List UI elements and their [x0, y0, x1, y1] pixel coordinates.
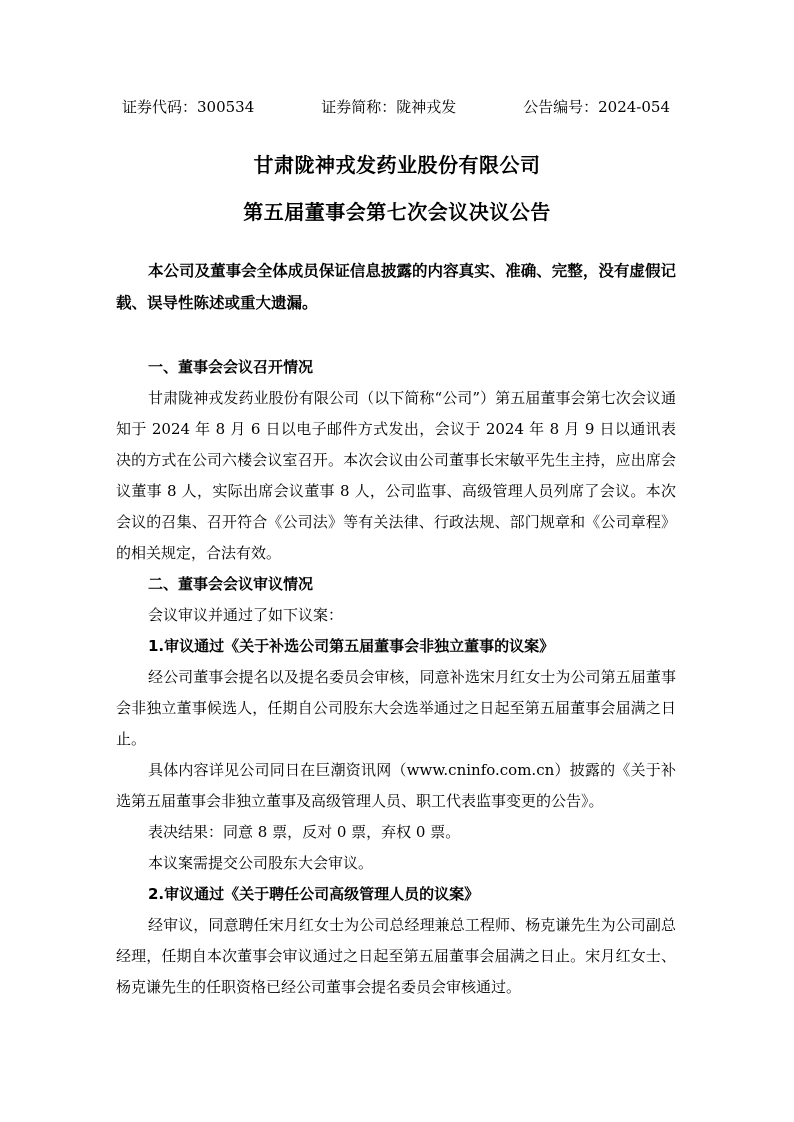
- motion-paragraph: 经审议，同意聘任宋月红女士为公司总经理兼总工程师、杨克谦先生为公司副总经理，任期…: [116, 910, 676, 1003]
- motion-paragraph: 经公司董事会提名以及提名委员会审核，同意补选宋月红女士为公司第五届董事会非独立董…: [116, 662, 676, 755]
- motion-paragraph: 具体内容详见公司同日在巨潮资讯网（www.cninfo.com.cn）披露的《关…: [116, 755, 676, 817]
- announcement-subject-title: 第五届董事会第七次会议决议公告: [0, 198, 794, 226]
- stock-abbreviation: 证券简称：陇神戎发: [321, 96, 456, 118]
- motion-title: 2.审议通过《关于聘任公司高级管理人员的议案》: [116, 879, 676, 910]
- motion-title: 1.审议通过《关于补选公司第五届董事会非独立董事的议案》: [116, 631, 676, 662]
- statement-text: 本公司及董事会全体成员保证信息披露的内容真实、准确、完整，没有虚假记载、误导性陈…: [116, 255, 676, 319]
- vote-result: 表决结果：同意 8 票，反对 0 票，弃权 0 票。: [116, 817, 676, 848]
- announcement-number: 公告编号：2024-054: [523, 96, 670, 118]
- company-name-title: 甘肃陇神戎发药业股份有限公司: [0, 151, 794, 179]
- section-heading: 二、董事会会议审议情况: [116, 569, 676, 600]
- stock-code: 证券代码：300534: [122, 96, 254, 118]
- section-meeting-convening: 一、董事会会议召开情况 甘肃陇神戎发药业股份有限公司（以下简称“公司”）第五届董…: [116, 352, 676, 1003]
- document-page: 证券代码：300534 证券简称：陇神戎发 公告编号：2024-054 甘肃陇神…: [0, 0, 794, 1122]
- section-paragraph: 甘肃陇神戎发药业股份有限公司（以下简称“公司”）第五届董事会第七次会议通知于 2…: [116, 383, 676, 569]
- disclosure-statement: 本公司及董事会全体成员保证信息披露的内容真实、准确、完整，没有虚假记载、误导性陈…: [116, 255, 676, 319]
- section-heading: 一、董事会会议召开情况: [116, 352, 676, 383]
- motion-paragraph: 本议案需提交公司股东大会审议。: [116, 848, 676, 879]
- announcement-header: 证券代码：300534 证券简称：陇神戎发 公告编号：2024-054: [122, 96, 670, 118]
- section-intro: 会议审议并通过了如下议案：: [116, 600, 676, 631]
